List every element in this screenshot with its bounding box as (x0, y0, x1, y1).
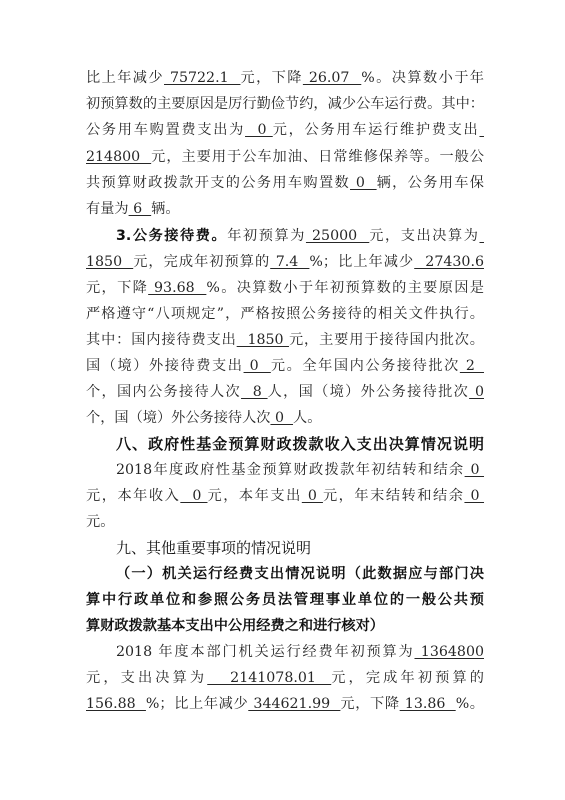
filled-value: 1364800 (414, 644, 484, 660)
filled-value: 75722.1 (164, 70, 240, 86)
body-text: 元。全年国内公务接待批次 (271, 358, 460, 374)
document-line: 严格遵守“八项规定”，严格按照公务接待的相关文件执行。 (86, 303, 484, 325)
body-text: 国（境）外接待费支出 (86, 358, 244, 374)
document-page: 比上年减少 75722.1 元，下降 26.07 %。决算数小于年初预算数的主要… (0, 0, 565, 800)
body-text: %。 (456, 696, 484, 712)
filled-value: 8 (241, 384, 268, 400)
document-line: 个，国内公务接待人次 8 人，国（境）外公务接待批次 0 (86, 381, 484, 403)
body-text: 辆。 (151, 201, 179, 217)
document-line: 算财政拨款基本支出中公用经费之和进行核对） (86, 615, 484, 637)
filled-value: 2141078.01 (207, 670, 331, 686)
filled-value: 1850 (86, 254, 133, 270)
document-line: 国（境）外接待费支出 0 元。全年国内公务接待批次 2 (86, 355, 484, 377)
heading-text: 八、政府性基金预算财政拨款收入支出决算情况说明 (116, 435, 484, 453)
document-line: 1850 元，完成年初预算的 7.4 %；比上年减少 27430.6 (86, 251, 484, 273)
body-text: 人，国（境）外公务接待批次 (268, 384, 470, 400)
body-text: 个，国（境）外公务接待人次 (86, 410, 270, 426)
document-line: 有量为 6 辆。 (86, 198, 484, 220)
document-line: 其中：国内接待费支出 1850 元，主要用于接待国内批次。 (86, 329, 484, 351)
filled-value: 13.86 (400, 696, 456, 712)
heading-text: 九、其他重要事项的情况说明 (116, 539, 311, 557)
body-text: 严格遵守“八项规定”，严格按照公务接待的相关文件执行。 (86, 306, 484, 322)
body-text: 公务用车购置费支出为 (86, 122, 245, 138)
document-line: 元，下降 93.68 %。决算数小于年初预算数的主要原因是 (86, 277, 484, 299)
document-line: 公务用车购置费支出为 0 元，公务用车运行维护费支出 (86, 119, 484, 141)
body-text: 元，支出决算为 (86, 670, 207, 686)
document-line: 3.公务接待费。年初预算为 25000 元，支出决算为 (116, 225, 484, 247)
body-text: %；比上年减少 (146, 696, 248, 712)
filled-value: 26.07 (303, 70, 361, 86)
heading-text: 算财政拨款基本支出中公用经费之和进行核对） (86, 618, 384, 634)
body-text: 元，完成年初预算的 (331, 670, 484, 686)
filled-value: 0 (302, 488, 323, 504)
body-text: 元，下降 (340, 696, 399, 712)
filled-value: 0 (469, 384, 484, 400)
body-text: 个，国内公务接待人次 (86, 384, 241, 400)
body-text: 元，本年支出 (207, 488, 301, 504)
filled-value: 214800 (86, 149, 151, 165)
document-line: （一）机关运行经费支出情况说明（此数据应与部门决 (116, 563, 484, 585)
body-text: 共预算财政拨款开支的公务用车购置数 (86, 175, 350, 191)
document-line: 初预算数的主要原因是厉行勤俭节约，减少公车运行费。其中： (86, 93, 484, 115)
body-text: 比上年减少 (86, 70, 164, 86)
body-text: 元，主要用于公车加油、日常维修保养等。一般公 (151, 149, 484, 165)
filled-value (479, 122, 484, 138)
body-text: %。决算数小于年初预算数的主要原因是 (206, 280, 484, 296)
filled-value: 25000 (306, 228, 369, 244)
body-text: 元，本年收入 (86, 488, 180, 504)
filled-value: 0 (270, 410, 293, 426)
body-text: 元，下降 (240, 70, 302, 86)
document-line: 214800 元，主要用于公车加油、日常维修保养等。一般公 (86, 146, 484, 168)
document-line: 算中行政单位和参照公务员法管理事业单位的一般公共预 (86, 589, 484, 611)
filled-value: 2 (460, 358, 484, 374)
document-line: 元。 (86, 511, 484, 533)
body-text: 2018年度政府性基金预算财政拨款年初结转和结余 (116, 462, 465, 478)
body-text: 元，年末结转和结余 (323, 488, 464, 504)
body-text: %。决算数小于年 (361, 70, 484, 86)
heading-text: 3.公务接待费。 (116, 228, 227, 244)
filled-value: 0 (180, 488, 207, 504)
document-line: 九、其他重要事项的情况说明 (116, 537, 484, 559)
body-text: 初预算数的主要原因是厉行勤俭节约，减少公车运行费。其中： (86, 96, 484, 112)
document-line: 2018 年度本部门机关运行经费年初预算为 1364800 (116, 641, 484, 663)
body-text: 2018 年度本部门机关运行经费年初预算为 (116, 644, 414, 660)
filled-value: 0 (464, 488, 484, 504)
document-line: 156.88 %；比上年减少 344621.99 元，下降 13.86 %。 (86, 693, 484, 715)
body-text: 年初预算为 (227, 228, 306, 244)
filled-value: 1850 (237, 332, 289, 348)
filled-value: 0 (465, 462, 484, 478)
heading-text: 算中行政单位和参照公务员法管理事业单位的一般公共预 (86, 592, 484, 608)
filled-value (479, 228, 484, 244)
body-text: 元，下降 (86, 280, 148, 296)
document-line: 共预算财政拨款开支的公务用车购置数 0 辆，公务用车保 (86, 172, 484, 194)
body-text: 有量为 (86, 201, 129, 217)
body-text: 人。 (293, 410, 321, 426)
filled-value: 156.88 (86, 696, 146, 712)
filled-value: 0 (244, 358, 271, 374)
body-text: 辆，公务用车保 (377, 175, 484, 191)
document-line: 元，本年收入 0 元，本年支出 0 元，年末结转和结余 0 (86, 485, 484, 507)
filled-value: 93.68 (148, 280, 206, 296)
body-text: %；比上年减少 (309, 254, 414, 270)
heading-text: （一）机关运行经费支出情况说明（此数据应与部门决 (116, 566, 484, 582)
document-line: 元，支出决算为 2141078.01 元，完成年初预算的 (86, 667, 484, 689)
document-line: 八、政府性基金预算财政拨款收入支出决算情况说明 (116, 433, 484, 455)
body-text: 元，主要用于接待国内批次。 (289, 332, 484, 348)
body-text: 元，完成年初预算的 (133, 254, 270, 270)
body-text: 元，公务用车运行维护费支出 (273, 122, 480, 138)
body-text: 元，支出决算为 (369, 228, 479, 244)
filled-value: 6 (129, 201, 152, 217)
filled-value: 0 (350, 175, 377, 191)
filled-value: 0 (245, 122, 273, 138)
filled-value: 344621.99 (248, 696, 340, 712)
body-text: 元。 (86, 514, 114, 530)
filled-value: 27430.6 (414, 254, 484, 270)
document-line: 比上年减少 75722.1 元，下降 26.07 %。决算数小于年 (86, 67, 484, 89)
body-text: 其中：国内接待费支出 (86, 332, 237, 348)
filled-value: 7.4 (270, 254, 309, 270)
document-line: 2018年度政府性基金预算财政拨款年初结转和结余 0 (116, 459, 484, 481)
document-line: 个，国（境）外公务接待人次 0 人。 (86, 407, 484, 429)
